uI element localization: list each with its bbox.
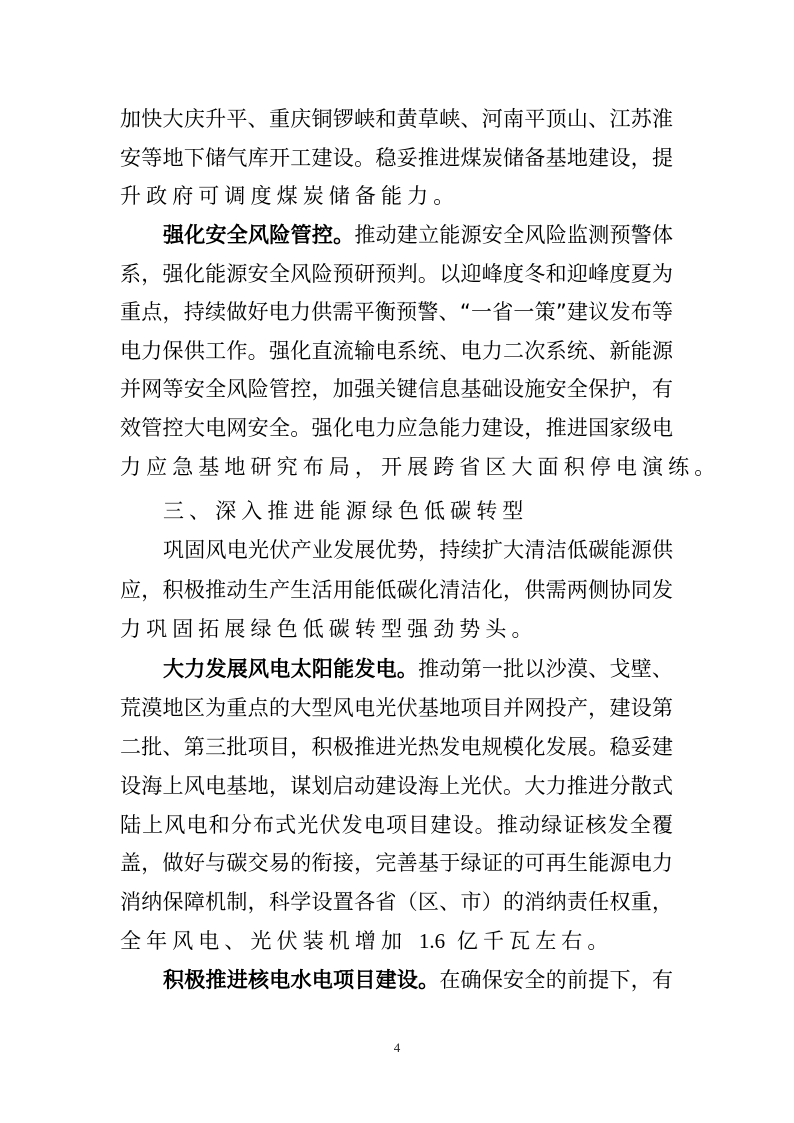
page-number: 4	[0, 1040, 794, 1056]
text-line: 全年风电、光伏装机增加 1.6 亿千瓦左右。	[120, 926, 673, 956]
line-text: 效管控大电网安全。强化电力应急能力建设，推进国家级电	[120, 416, 673, 440]
text-line: 力巩固拓展绿色低碳转型强劲势头。	[120, 614, 673, 644]
text-line: 应，积极推动生产生活用能低碳化清洁化，供需两侧协同发	[120, 575, 673, 605]
text-line: 强化安全风险管控。推动建立能源安全风险监测预警体	[163, 220, 673, 250]
text-line: 陆上风电和分布式光伏发电项目建设。推动绿证核发全覆	[120, 810, 673, 840]
document-page: 加快大庆升平、重庆铜锣峡和黄草峡、河南平顶山、江苏淮 安等地下储气库开工建设。稳…	[0, 0, 794, 1123]
line-text: 设海上风电基地，谋划启动建设海上光伏。大力推进分散式	[120, 774, 673, 798]
text-line: 安等地下储气库开工建设。稳妥推进煤炭储备基地建设，提	[120, 143, 673, 173]
text-line: 消纳保障机制，科学设置各省（区、市）的消纳责任权重，	[120, 887, 673, 917]
line-text: 消纳保障机制，科学设置各省（区、市）的消纳责任权重，	[120, 890, 673, 914]
section-lead-safety-risk: 强化安全风险管控。	[163, 223, 354, 247]
line-text: 重点，持续做好电力供需平衡预警、“一省一策”建议发布等	[120, 300, 673, 324]
line-text: 推动第一批以沙漠、戈壁、	[418, 657, 673, 681]
line-text: 亿千瓦左右。	[445, 929, 613, 953]
line-text: 盖，做好与碳交易的衔接，完善基于绿证的可再生能源电力	[120, 851, 673, 875]
section-lead-nuclear-hydro: 积极推进核电水电项目建设。	[163, 968, 439, 992]
heading-text: 三、深入推进能源绿色低碳转型	[163, 499, 528, 523]
line-text: 陆上风电和分布式光伏发电项目建设。推动绿证核发全覆	[120, 813, 673, 837]
section-lead-wind-solar: 大力发展风电太阳能发电。	[163, 657, 418, 681]
text-line: 并网等安全风险管控，加强关键信息基础设施安全保护，有	[120, 374, 673, 404]
line-text: 力应急基地研究布局，开展跨省区大面积停电演练。	[120, 455, 720, 479]
text-line: 电力保供工作。强化直流输电系统、电力二次系统、新能源	[120, 336, 673, 366]
line-text: 推动建立能源安全风险监测预警体	[354, 223, 673, 247]
text-line: 升政府可调度煤炭储备能力。	[120, 181, 673, 211]
line-text: 荒漠地区为重点的大型风电光伏基地项目并网投产，建设第	[120, 696, 673, 720]
line-text: 加快大庆升平、重庆铜锣峡和黄草峡、河南平顶山、江苏淮	[120, 107, 673, 131]
line-text: 升政府可调度煤炭储备能力。	[120, 184, 459, 208]
text-line: 加快大庆升平、重庆铜锣峡和黄草峡、河南平顶山、江苏淮	[120, 104, 673, 134]
line-text: 并网等安全风险管控，加强关键信息基础设施安全保护，有	[120, 377, 673, 401]
line-text: 力巩固拓展绿色低碳转型强劲势头。	[120, 617, 538, 641]
section-heading: 三、深入推进能源绿色低碳转型	[163, 496, 673, 526]
line-text: 全年风电、光伏装机增加	[120, 929, 419, 953]
line-text: 应，积极推动生产生活用能低碳化清洁化，供需两侧协同发	[120, 578, 673, 602]
text-line: 设海上风电基地，谋划启动建设海上光伏。大力推进分散式	[120, 771, 673, 801]
line-text: 二批、第三批项目，积极推进光热发电规模化发展。稳妥建	[120, 735, 673, 759]
text-line: 系，强化能源安全风险预研预判。以迎峰度冬和迎峰度夏为	[120, 259, 673, 289]
text-line: 重点，持续做好电力供需平衡预警、“一省一策”建议发布等	[120, 297, 673, 327]
text-line: 盖，做好与碳交易的衔接，完善基于绿证的可再生能源电力	[120, 848, 673, 878]
text-line: 二批、第三批项目，积极推进光热发电规模化发展。稳妥建	[120, 732, 673, 762]
text-line: 力应急基地研究布局，开展跨省区大面积停电演练。	[120, 452, 673, 482]
text-line: 大力发展风电太阳能发电。推动第一批以沙漠、戈壁、	[163, 654, 673, 684]
line-text: 系，强化能源安全风险预研预判。以迎峰度冬和迎峰度夏为	[120, 262, 673, 286]
line-text: 电力保供工作。强化直流输电系统、电力二次系统、新能源	[120, 339, 673, 363]
text-line: 荒漠地区为重点的大型风电光伏基地项目并网投产，建设第	[120, 693, 673, 723]
text-line: 巩固风电光伏产业发展优势，持续扩大清洁低碳能源供	[163, 535, 673, 565]
capacity-number: 1.6	[419, 929, 445, 953]
line-text: 安等地下储气库开工建设。稳妥推进煤炭储备基地建设，提	[120, 146, 673, 170]
text-line: 效管控大电网安全。强化电力应急能力建设，推进国家级电	[120, 413, 673, 443]
line-text: 在确保安全的前提下，有	[439, 968, 673, 992]
text-line: 积极推进核电水电项目建设。在确保安全的前提下，有	[163, 965, 673, 995]
line-text: 巩固风电光伏产业发展优势，持续扩大清洁低碳能源供	[163, 538, 673, 562]
